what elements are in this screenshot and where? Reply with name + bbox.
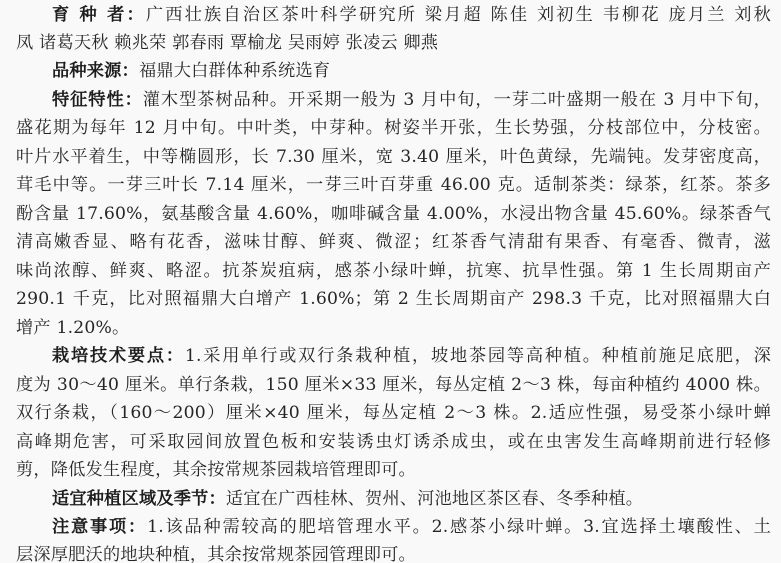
notes-line-1: 注意事项：1.该品种需较高的肥培管理水平。2.感茶小绿叶蝉。3.宜选择土壤酸性、…	[52, 513, 771, 541]
notes-line-2: 层深厚肥沃的地块种植，其余按常规茶园管理即可。	[16, 541, 416, 563]
cultivation-line-1: 栽培技术要点：1.采用单行或双行条栽种植，坡地茶园等高种植。种植前施足底肥，深	[52, 342, 771, 370]
region-text: 适宜在广西桂林、贺州、河池地区茶区春、冬季种植。	[226, 489, 643, 509]
characteristics-line-2: 盛花期为每年 12 月中旬。中叶类，中芽种。树姿半开张，生长势强，分枝部位中，分…	[16, 114, 771, 142]
characteristics-line-7: 味尚浓醇、鲜爽、略涩。抗茶炭疽病，感茶小绿叶蝉，抗寒、抗旱性强。第 1 生长周期…	[16, 257, 771, 285]
characteristics-line-1: 特征特性：灌木型茶树品种。开采期一般为 3 月中旬，一芽二叶盛期一般在 3 月中…	[52, 86, 771, 114]
cultivation-line-5: 剪，降低发生程度，其余按常规茶园栽培管理即可。	[16, 456, 416, 484]
cultivation-line-2: 度为 30～40 厘米。单行条栽，150 厘米×33 厘米，每丛定植 2～3 株…	[16, 371, 771, 399]
region-label: 适宜种植区域及季节：	[52, 489, 226, 509]
characteristics-line-5: 酚含量 17.60%，氨基酸含量 4.60%，咖啡碱含量 4.00%，水浸出物含…	[16, 200, 771, 228]
characteristics-line-9: 增产 1.20%。	[16, 314, 129, 342]
characteristics-line-6: 清高嫩香显、略有花香，滋味甘醇、鲜爽、微涩；红茶香气清甜有果香、有毫香、微青，滋	[16, 228, 771, 256]
characteristics-line-4: 茸毛中等。一芽三叶长 7.14 厘米，一芽三叶百芽重 46.00 克。适制茶类：…	[16, 171, 771, 199]
origin-label: 品种来源：	[52, 61, 139, 81]
cultivation-line-3: 双行条栽，（160～200）厘米×40 厘米，每丛定植 2～3 株。2.适应性强…	[16, 399, 771, 427]
characteristics-label: 特征特性：	[52, 90, 143, 110]
origin-line: 品种来源：福鼎大白群体种系统选育	[52, 57, 330, 85]
cultivation-label: 栽培技术要点：	[52, 346, 185, 366]
characteristics-line-3: 叶片水平着生，中等椭圆形，长 7.30 厘米，宽 3.40 厘米，叶色黄绿，先端…	[16, 143, 771, 171]
region-line: 适宜种植区域及季节：适宜在广西桂林、贺州、河池地区茶区春、冬季种植。	[52, 485, 643, 513]
cultivation-line-4: 高峰期危害，可采取园间放置色板和安装诱虫灯诱杀成虫，或在虫害发生高峰期前进行轻修	[16, 428, 771, 456]
origin-text: 福鼎大白群体种系统选育	[139, 61, 330, 81]
breeder-text: 广西壮族自治区茶叶科学研究所 梁月超 陈佳 刘初生 韦柳花 庞月兰 刘秋	[146, 5, 771, 25]
breeder-line-2: 凤 诸葛天秋 赖兆荣 郭春雨 覃榆龙 吴雨婷 张凌云 卿燕	[16, 29, 438, 57]
characteristics-line-8: 290.1 千克，比对照福鼎大白增产 1.60%；第 2 生长周期亩产 298.…	[16, 285, 771, 313]
notes-label: 注意事项：	[52, 517, 147, 537]
breeder-label: 育 种 者：	[52, 5, 146, 25]
breeder-line-1: 育 种 者：广西壮族自治区茶叶科学研究所 梁月超 陈佳 刘初生 韦柳花 庞月兰 …	[52, 1, 771, 29]
